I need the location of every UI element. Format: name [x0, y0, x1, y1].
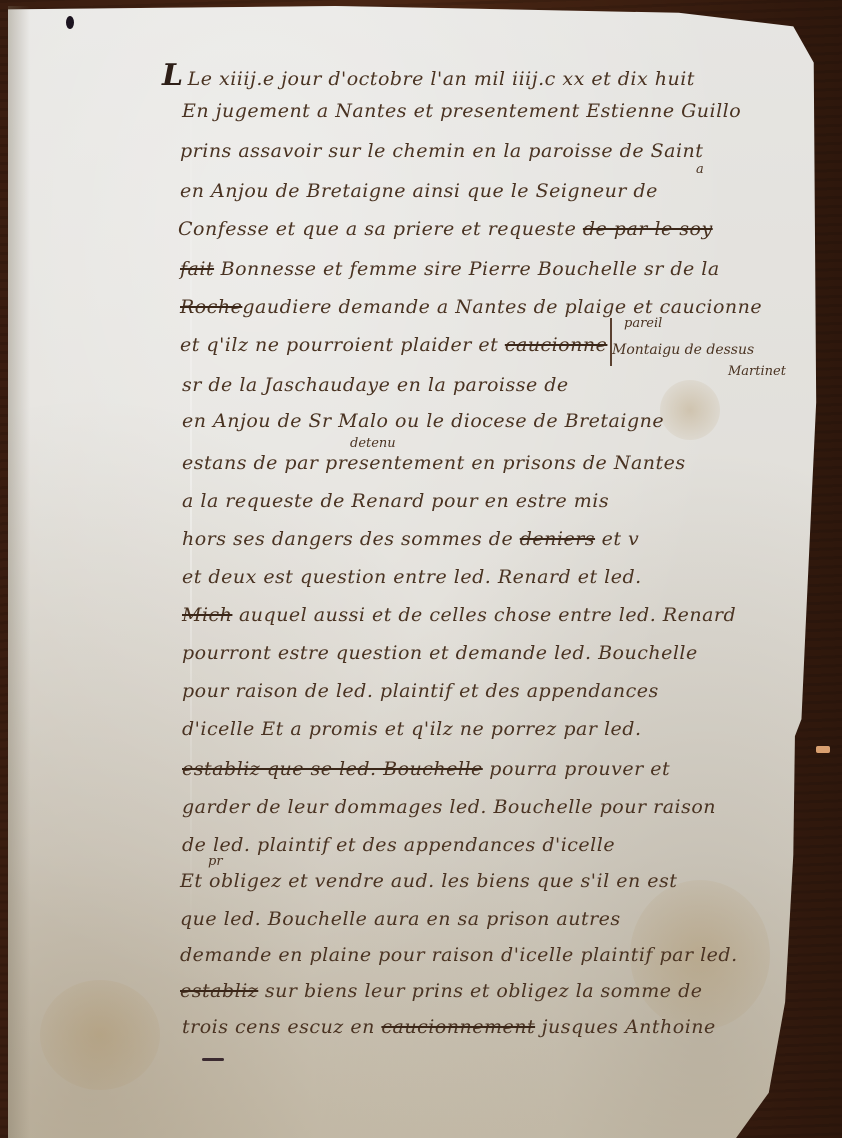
manuscript-line-3: prins assavoir sur le chemin en la paroi… — [180, 140, 703, 162]
manuscript-line-21: de led. plaintif et des appendances d'ic… — [182, 834, 615, 856]
struck-text: caucionnement — [381, 1016, 535, 1038]
interlinear-note: pr — [208, 854, 223, 869]
insertion-bracket — [610, 318, 612, 366]
manuscript-line-4: en Anjou de Bretaigne ainsi que le Seign… — [180, 180, 658, 202]
manuscript-line-9: sr de la Jaschaudaye en la paroisse de — [182, 374, 569, 396]
line-text: garder de leur dommages led. Bouchelle p… — [182, 796, 716, 818]
interlinear-note: detenu — [350, 436, 396, 451]
manuscript-line-11: estans de par presentement en prisons de… — [182, 452, 686, 474]
manuscript-line-22: Et obligez et vendre aud. les biens que … — [180, 870, 677, 892]
struck-text: Mich — [182, 604, 232, 626]
struck-text: fait — [180, 258, 214, 280]
paper-hole — [66, 16, 74, 29]
line-text: Le xiiij.e jour d'octobre l'an mil iiij.… — [188, 68, 695, 90]
decorated-initial: L — [162, 58, 184, 93]
manuscript-line-25: establiz sur biens leur prins et obligez… — [180, 980, 702, 1002]
line-text: que led. Bouchelle aura en sa prison aut… — [180, 908, 621, 930]
line-text: demande en plaine pour raison d'icelle p… — [180, 944, 738, 966]
manuscript-line-15: Mich auquel aussi et de celles chose ent… — [182, 604, 736, 626]
manuscript-line-14: et deux est question entre led. Renard e… — [182, 566, 642, 588]
struck-text: deniers — [520, 528, 595, 550]
line-text: Et obligez et vendre aud. les biens que … — [180, 870, 677, 892]
manuscript-line-18: d'icelle Et a promis et q'ilz ne porrez … — [182, 718, 642, 740]
line-text: prins assavoir sur le chemin en la paroi… — [180, 140, 703, 162]
manuscript-line-24: demande en plaine pour raison d'icelle p… — [180, 944, 738, 966]
manuscript-line-23: que led. Bouchelle aura en sa prison aut… — [180, 908, 621, 930]
line-text: et v — [595, 528, 639, 550]
line-text: et q'ilz ne pourroient plaider et — [180, 334, 498, 356]
line-text: jusques Anthoine — [535, 1016, 716, 1038]
line-text: et deux est question entre led. Renard e… — [182, 566, 642, 588]
line-text: d'icelle Et a promis et q'ilz ne porrez … — [182, 718, 642, 740]
manuscript-line-19: establiz que se led. Bouchelle pourra pr… — [182, 758, 670, 780]
manuscript-line-16: pourront estre question et demande led. … — [182, 642, 698, 664]
line-text: en Anjou de Sr Malo ou le diocese de Bre… — [182, 410, 664, 432]
line-text: trois cens escuz en — [182, 1016, 375, 1038]
margin-insertion: Montaigu de dessus — [612, 342, 754, 358]
line-text: en Anjou de Bretaigne ainsi que le Seign… — [180, 180, 658, 202]
line-text: gaudiere demande a Nantes de plaige et c… — [242, 296, 762, 318]
manuscript-line-20: garder de leur dommages led. Bouchelle p… — [182, 796, 716, 818]
line-text: sur biens leur prins et obligez la somme… — [258, 980, 702, 1002]
manuscript-line-26: trois cens escuz en caucionnement jusque… — [182, 1016, 716, 1038]
interlinear-note: pareil — [624, 316, 662, 331]
paper-stain — [40, 980, 160, 1090]
manuscript-line-1: LLe xiiij.e jour d'octobre l'an mil iiij… — [162, 58, 695, 93]
line-text: auquel aussi et de celles chose entre le… — [232, 604, 736, 626]
line-text: Bonnesse et femme sire Pierre Bouchelle … — [214, 258, 720, 280]
line-text: sr de la Jaschaudaye en la paroisse de — [182, 374, 569, 396]
paper-edge-shadow — [8, 6, 30, 1138]
interlinear-note: Martinet — [728, 364, 786, 379]
wood-chip — [816, 746, 830, 753]
line-text: hors ses dangers des sommes de — [182, 528, 513, 550]
line-text: En jugement a Nantes et presentement Est… — [182, 100, 741, 122]
line-text: pour raison de led. plaintif et des appe… — [182, 680, 659, 702]
manuscript-line-7: Rochegaudiere demande a Nantes de plaige… — [180, 296, 762, 318]
manuscript-line-8: et q'ilz ne pourroient plaider et caucio… — [180, 334, 607, 356]
interlinear-note: a — [696, 162, 704, 177]
closing-dash-mark — [202, 1058, 224, 1061]
struck-text: establiz que se led. Bouchelle — [182, 758, 483, 780]
struck-text: caucionne — [505, 334, 608, 356]
line-text: de led. plaintif et des appendances d'ic… — [182, 834, 615, 856]
paper-stain — [660, 380, 720, 440]
struck-text: establiz — [180, 980, 258, 1002]
line-text: a la requeste de Renard pour en estre mi… — [182, 490, 609, 512]
line-text: Confesse et que a sa priere et requeste — [178, 218, 576, 240]
line-text: pourra prouver et — [483, 758, 670, 780]
manuscript-line-13: hors ses dangers des sommes de deniers e… — [182, 528, 639, 550]
struck-text: Roche — [180, 296, 242, 318]
line-text: pourront estre question et demande led. … — [182, 642, 698, 664]
manuscript-line-2: En jugement a Nantes et presentement Est… — [182, 100, 741, 122]
line-text: estans de par presentement en prisons de… — [182, 452, 686, 474]
manuscript-line-17: pour raison de led. plaintif et des appe… — [182, 680, 659, 702]
manuscript-line-6: fait Bonnesse et femme sire Pierre Bouch… — [180, 258, 720, 280]
manuscript-line-10: en Anjou de Sr Malo ou le diocese de Bre… — [182, 410, 664, 432]
struck-text: de par le soy — [583, 218, 713, 240]
manuscript-line-12: a la requeste de Renard pour en estre mi… — [182, 490, 609, 512]
manuscript-line-5: Confesse et que a sa priere et requeste … — [178, 218, 713, 240]
